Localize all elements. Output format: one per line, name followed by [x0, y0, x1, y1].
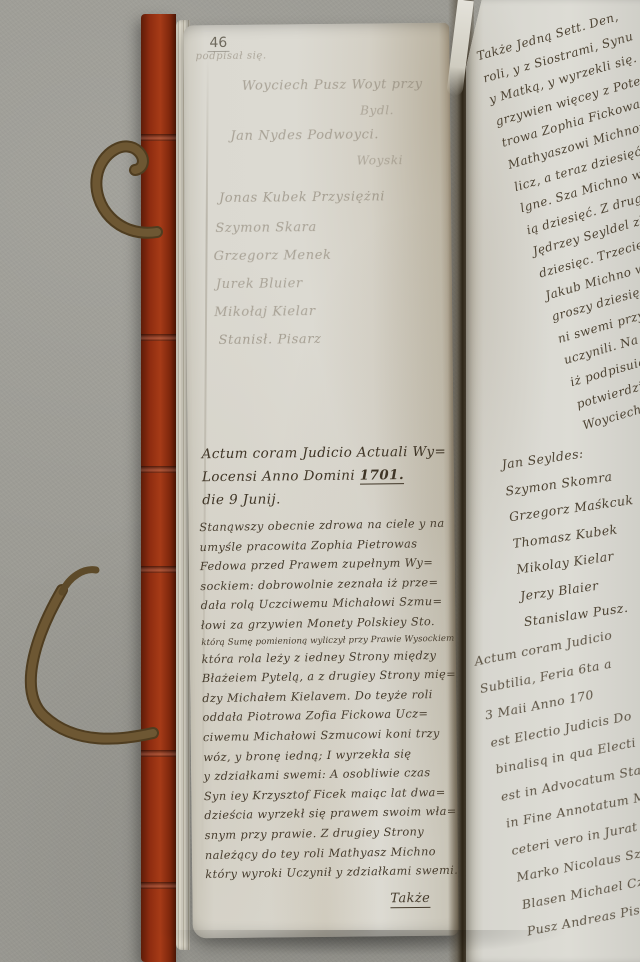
faded-line: podpisał się.: [195, 51, 266, 63]
manuscript-photo: 46 podpisał się. Woyciech Pusz Woyt przy…: [0, 0, 640, 962]
faded-line: Woyski: [357, 153, 404, 167]
book-shadow: [150, 930, 570, 956]
record-body: Stanąwszy obecnie zdrowa na ciele y na u…: [199, 514, 455, 885]
spine-band: [141, 566, 176, 573]
leather-tie-lower: [31, 570, 153, 739]
faded-line: Woyciech Pusz Woyt przy: [242, 77, 423, 94]
page-number: 46: [207, 35, 229, 52]
right-page: Także Jedną Sett. Den, roli, y z Siostra…: [466, 0, 640, 962]
record-heading-line1: Actum coram Judicio Actuali Wy=: [202, 441, 447, 467]
record-heading-line2: Locensi Anno Domini 1701.: [202, 464, 447, 490]
spine-band: [141, 882, 176, 889]
right-second-entry: Actum coram Judicio Subtilia, Feria 6ta …: [472, 591, 640, 945]
witness-name: Mikołaj Kielar: [214, 304, 316, 320]
witness-name: Stanisł. Pisarz: [218, 332, 321, 348]
faded-line: Jan Nydes Podwoyci.: [230, 127, 379, 144]
body-line: który wyroki Uczynił y zdziałkami swemi.: [205, 861, 455, 885]
book-spine: [141, 14, 176, 962]
spine-band: [141, 334, 176, 341]
faded-header-block: podpisał się. Woyciech Pusz Woyt przy By…: [183, 23, 449, 26]
left-page: 46 podpisał się. Woyciech Pusz Woyt przy…: [183, 23, 459, 939]
spine-band: [141, 466, 176, 473]
spine-band: [141, 134, 176, 141]
spine-band: [141, 750, 176, 757]
witness-name: Szymon Skara: [215, 220, 317, 236]
right-signatures: Jan Seyldes: Szymon Skomra Grzegorz Maśk…: [500, 416, 640, 636]
witness-name: Jonas Kubek Przysiężni: [219, 189, 385, 206]
witness-name: Jurek Bluier: [216, 276, 303, 292]
record-year: 1701.: [360, 467, 404, 484]
record-heading-line2-text: Locensi Anno Domini: [202, 468, 360, 486]
catchword: Także: [390, 891, 430, 908]
witness-name: Grzegorz Menek: [214, 248, 332, 264]
faded-line: Bydl.: [360, 103, 394, 117]
record-heading-line3: die 9 Junij.: [202, 487, 447, 513]
right-entry: Także Jedną Sett. Den, roli, y z Siostra…: [474, 0, 640, 437]
record-heading: Actum coram Judicio Actuali Wy= Locensi …: [202, 441, 447, 513]
